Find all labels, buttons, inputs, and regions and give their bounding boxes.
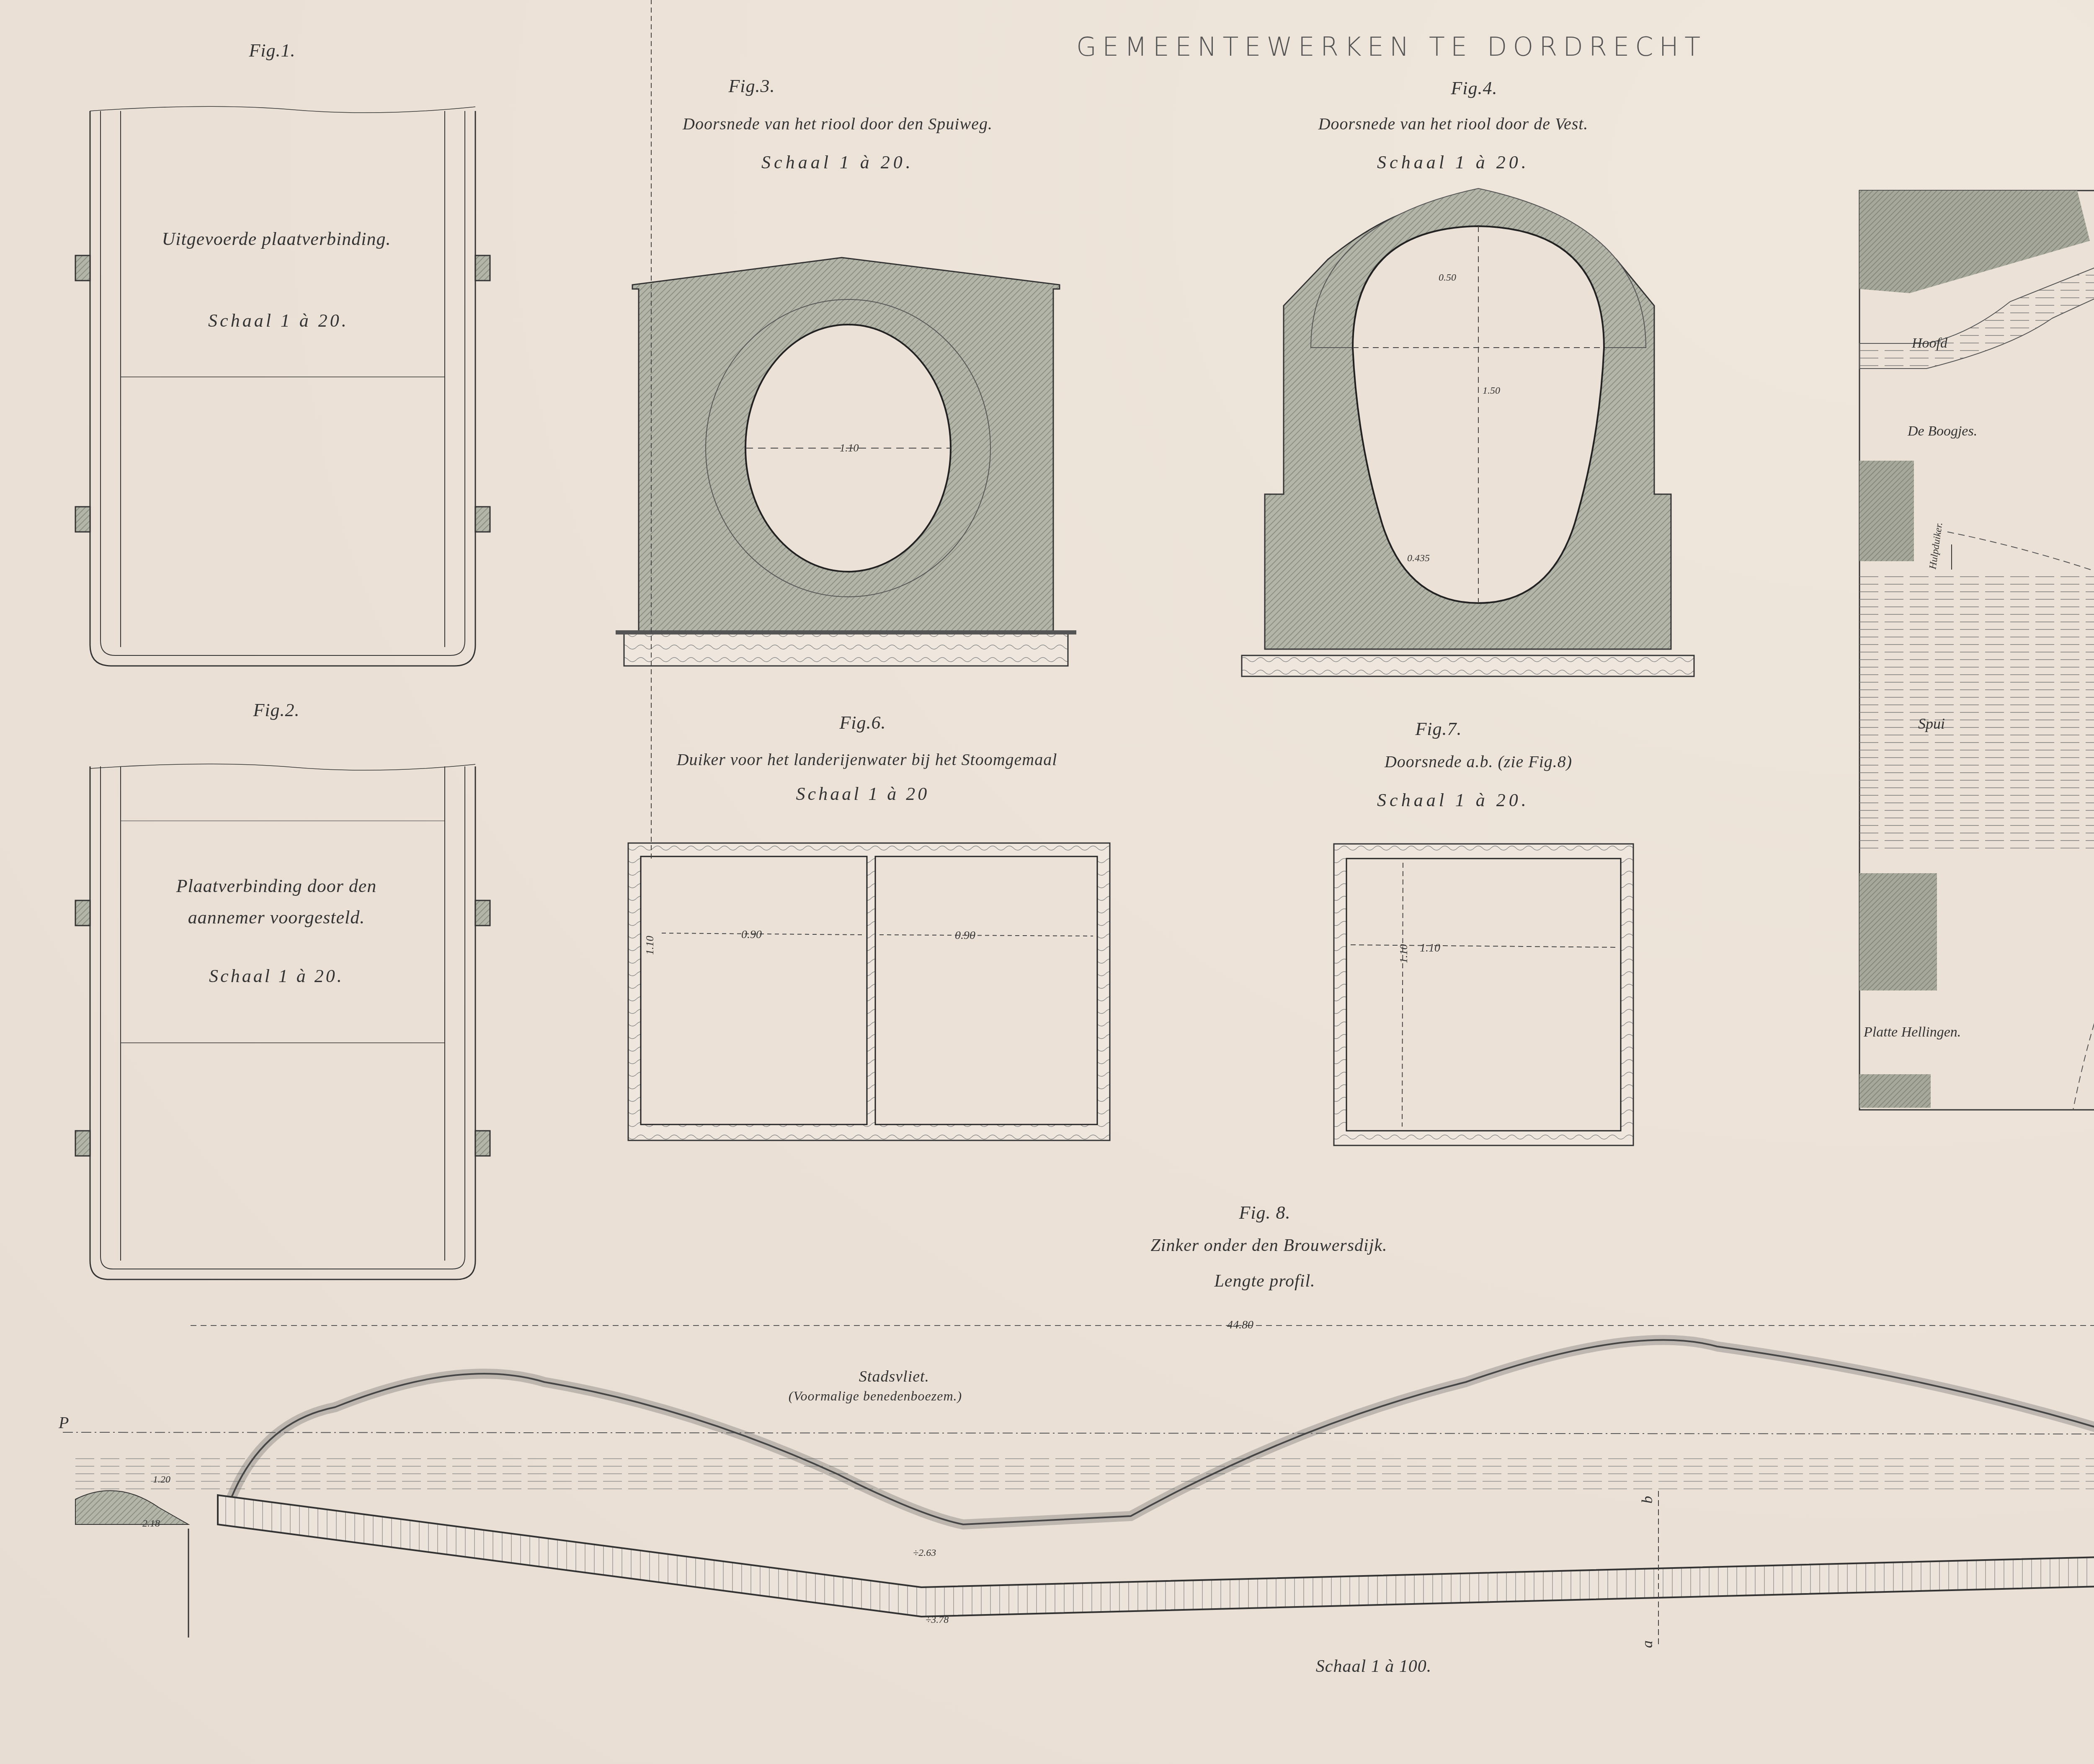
fig4-dim-top-radius: 0.50 [1439,272,1456,283]
map-label-platte-hellingen: Platte Hellingen. [1863,1024,1961,1040]
fig1-scale: Schaal 1 à 20. [208,310,349,331]
fig3-scale: Schaal 1 à 20. [761,152,914,173]
fig6-dim-height: 1.10 [644,936,656,955]
fig6-scale: Schaal 1 à 20 [796,783,930,805]
fig8-marker-b: b [1639,1496,1656,1504]
fig8-dim-left-level: 2.18 [142,1518,160,1529]
fig3-dim-diameter: 1.10 [840,442,859,454]
fig7-label: Fig.7. [1415,718,1462,740]
fig8-dim-mid-top: ÷2.63 [913,1547,936,1558]
fig8-dim-mid-bottom: ÷3.78 [926,1614,949,1625]
fig4-drawing: 1.50 0.50 0.435 [1242,188,1694,676]
fig6-dim-width-left: 0.90 [741,928,762,941]
fig2-caption-line1: Plaatverbinding door den [176,875,377,897]
fig4-scale: Schaal 1 à 20. [1377,152,1529,173]
fig8-subcaption: Lengte profil. [1214,1271,1315,1291]
fig8-caption: Zinker onder den Brouwersdijk. [1150,1235,1387,1256]
fig1-label: Fig.1. [249,40,295,61]
fig3-label: Fig.3. [728,75,775,97]
fig7-scale: Schaal 1 à 20. [1377,789,1529,811]
fig1-drawing [75,106,490,666]
fig2-label: Fig.2. [253,699,299,721]
fig8-dim-total-length: 44.80 [1227,1318,1253,1331]
map-label-hoofd: Hoofd [1911,335,1948,351]
map-label-spui-water: Spui [1918,715,1945,732]
fig7-dim-height: 1.10 [1398,944,1410,964]
fig8-marker-p-left: P [58,1413,69,1432]
fig7-drawing: 1.10 1.10 [1334,844,1633,1145]
fig7-caption: Doorsnede a.b. (zie Fig.8) [1385,752,1572,771]
fig1-caption: Uitgevoerde plaatverbinding. [162,228,391,250]
fig4-label: Fig.4. [1451,77,1497,99]
fig8-marker-a: a [1639,1640,1656,1648]
engineering-plate: GEMEENTEWERKEN TE DORDRECHT PLAAT.3. [0,0,2094,1764]
fig8-label: Fig. 8. [1239,1202,1290,1223]
fig7-dim-width: 1.10 [1420,941,1440,954]
fig8-scale: Schaal 1 à 100. [1316,1656,1431,1676]
fig3-drawing: 1.10 [616,258,1076,666]
fig2-drawing [75,764,490,1279]
fig5-site-plan: straat. Brug gracht. Huizen. Elf Spui Gr… [1859,191,2094,1114]
fig6-dim-width-right: 0.90 [955,929,975,942]
fig8-profile: 44.80 1.20 2.18 1.20 ÷ 2.20 ÷2.63 ÷3.78 … [58,1318,2094,1671]
map-label-de-boogjes: De Boogjes. [1907,423,1977,439]
fig2-scale: Schaal 1 à 20. [209,965,344,987]
fig2-caption-line2: aannemer voorgesteld. [188,907,365,928]
fig4-dim-bottom-radius: 0.435 [1407,553,1430,564]
fig4-caption: Doorsnede van het riool door de Vest. [1318,114,1589,134]
fig4-dim-height: 1.50 [1483,385,1500,396]
fig8-dim-left-depth: 1.20 [153,1474,170,1485]
fig6-label: Fig.6. [839,712,886,733]
fig3-caption: Doorsnede van het riool door den Spuiweg… [683,114,993,134]
fig8-water-name: Stadsvliet. [859,1367,929,1386]
fig6-caption: Duiker voor het landerijenwater bij het … [677,750,1057,769]
fig8-water-note: (Voormalige benedenboezem.) [789,1388,962,1404]
